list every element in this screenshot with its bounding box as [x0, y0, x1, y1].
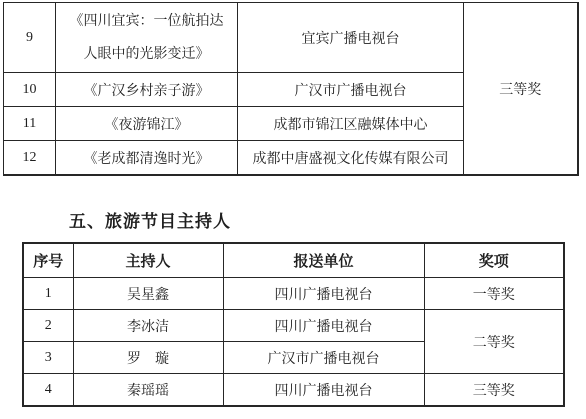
section-heading: 五、旅游节目主持人: [69, 207, 231, 232]
header-host: 主持人: [73, 243, 223, 278]
table-header-row: 序号 主持人 报送单位 奖项: [23, 243, 564, 278]
award-merged-cell: 二等奖: [424, 310, 564, 374]
row-number-cell: 9: [4, 3, 56, 73]
program-title-cell: 《四川宜宾：一位航拍达 人眼中的光影变迁》: [56, 3, 238, 73]
award-cell: 三等奖: [424, 374, 564, 407]
award-cell: 一等奖: [424, 278, 564, 310]
submitting-unit-cell: 广汉市广播电视台: [238, 73, 464, 107]
submitting-unit-cell: 宜宾广播电视台: [238, 3, 464, 73]
submitting-unit-cell: 广汉市广播电视台: [223, 342, 424, 374]
row-number-cell: 1: [23, 278, 73, 310]
host-name-cell: 罗 璇: [73, 342, 223, 374]
program-title-cell: 《夜游锦江》: [56, 107, 238, 141]
submitting-unit-cell: 四川广播电视台: [223, 310, 424, 342]
program-title-cell: 《广汉乡村亲子游》: [56, 73, 238, 107]
header-serial-number: 序号: [23, 243, 73, 278]
award-merged-cell: 三等奖: [464, 3, 578, 176]
submitting-unit-cell: 四川广播电视台: [223, 374, 424, 407]
table-row: 9 《四川宜宾：一位航拍达 人眼中的光影变迁》 宜宾广播电视台 三等奖: [4, 3, 578, 73]
row-number-cell: 12: [4, 141, 56, 176]
table-row: 2 李冰洁 四川广播电视台 二等奖: [23, 310, 564, 342]
table-row: 1 吴星鑫 四川广播电视台 一等奖: [23, 278, 564, 310]
program-title-line: 《四川宜宾：一位航拍达: [58, 5, 235, 38]
row-number-cell: 2: [23, 310, 73, 342]
submitting-unit-cell: 成都中唐盛视文化传媒有限公司: [238, 141, 464, 176]
program-title-line: 人眼中的光影变迁》: [58, 38, 235, 71]
row-number-cell: 3: [23, 342, 73, 374]
row-number-cell: 4: [23, 374, 73, 407]
host-name-cell: 李冰洁: [73, 310, 223, 342]
table-row: 4 秦瑶瑶 四川广播电视台 三等奖: [23, 374, 564, 407]
hosts-awards-table: 序号 主持人 报送单位 奖项 1 吴星鑫 四川广播电视台 一等奖 2 李冰洁 四…: [22, 242, 565, 407]
host-name-cell: 秦瑶瑶: [73, 374, 223, 407]
header-submitting-unit: 报送单位: [223, 243, 424, 278]
program-awards-table: 9 《四川宜宾：一位航拍达 人眼中的光影变迁》 宜宾广播电视台 三等奖 10 《…: [3, 2, 579, 176]
submitting-unit-cell: 四川广播电视台: [223, 278, 424, 310]
submitting-unit-cell: 成都市锦江区融媒体中心: [238, 107, 464, 141]
header-award: 奖项: [424, 243, 564, 278]
row-number-cell: 11: [4, 107, 56, 141]
row-number-cell: 10: [4, 73, 56, 107]
program-title-cell: 《老成都清逸时光》: [56, 141, 238, 176]
host-name-cell: 吴星鑫: [73, 278, 223, 310]
